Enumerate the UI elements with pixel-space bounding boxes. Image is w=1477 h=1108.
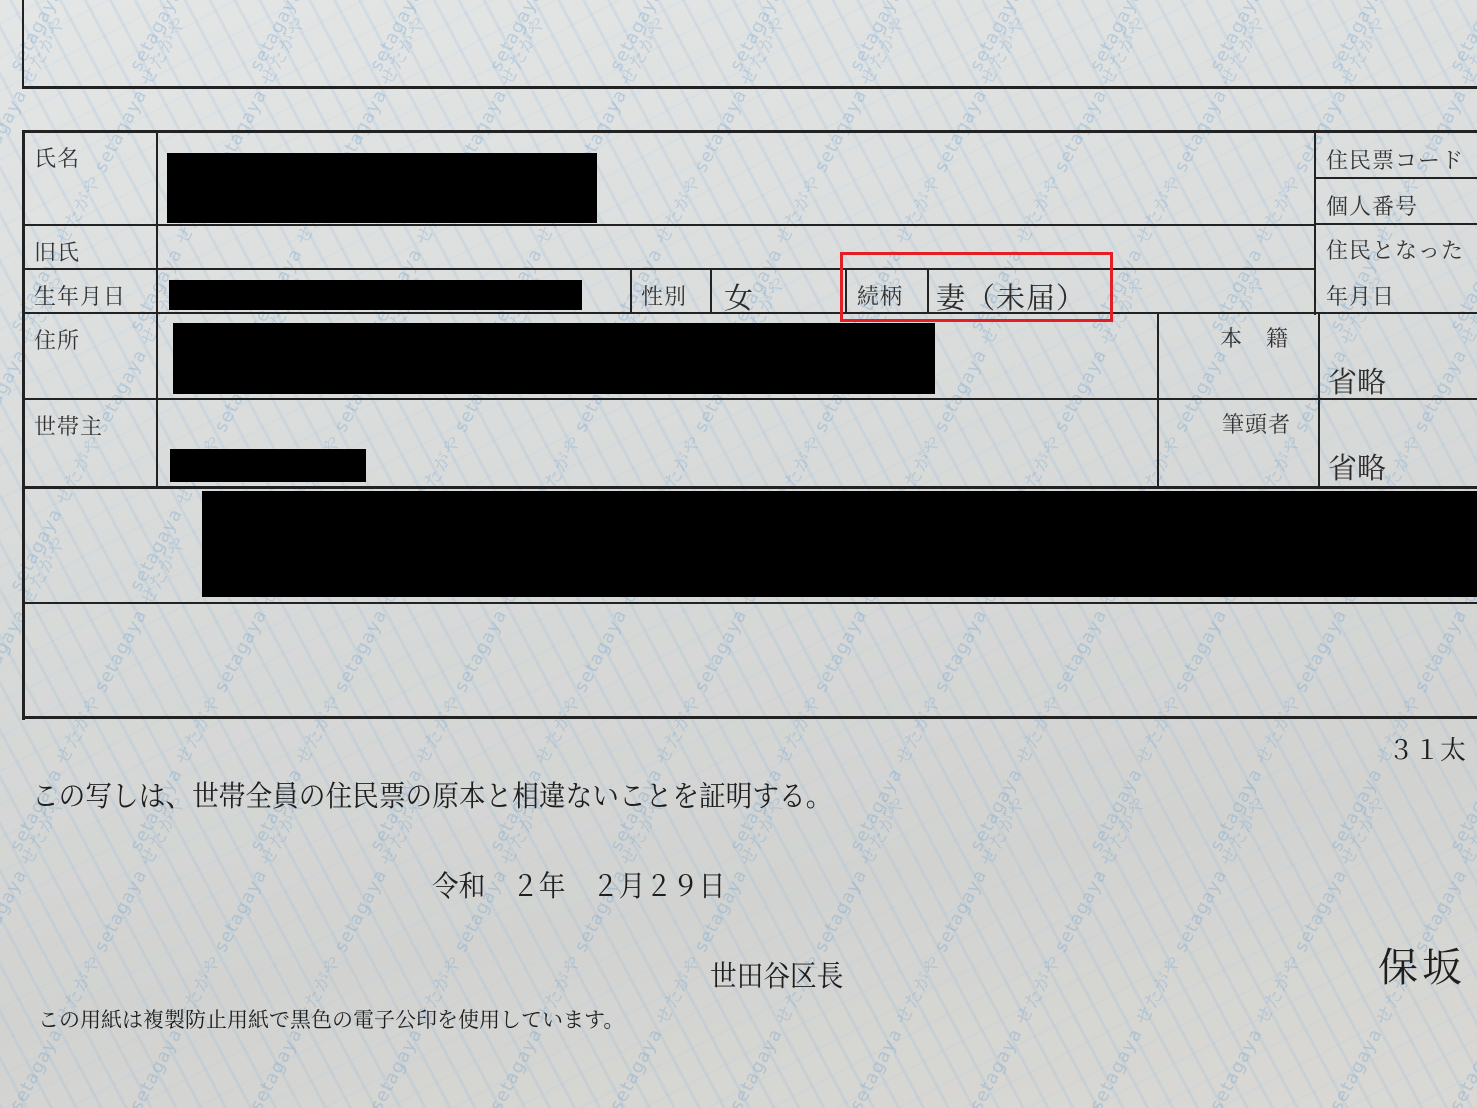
- honseki-value: 省略: [1328, 360, 1386, 401]
- address-label: 住所: [34, 324, 80, 355]
- watermark-text: setagaya せたがや setagaya せたがや: [722, 0, 911, 75]
- watermark-text: setagaya せたがや setagaya せたがや: [2, 0, 191, 75]
- honseki-label: 本 籍: [1220, 322, 1289, 353]
- table-bottom-border: [22, 716, 1477, 719]
- watermark-text: setagaya せたがや setagaya せたがや: [842, 0, 1031, 75]
- remarks-redaction: [202, 491, 1477, 597]
- name-label: 氏名: [34, 142, 80, 173]
- resident-code-label: 住民票コード: [1326, 144, 1464, 175]
- watermark-text: setagaya せたがや setagaya せたがや: [1082, 791, 1271, 1108]
- former-surname-label: 旧氏: [34, 236, 80, 267]
- honseki-column-divider: [1157, 312, 1159, 488]
- table-top-border: [22, 130, 1477, 133]
- anti-copy-notice: この用紙は複製防止用紙で黒色の電子公印を使用しています。: [38, 1004, 624, 1034]
- relationship-highlight-box: [840, 252, 1113, 322]
- issue-date: 令和 ２年 ２月２９日: [432, 864, 725, 905]
- issuer-title: 世田谷区長: [710, 954, 843, 995]
- watermark-text: setagaya せたがや setagaya せたがや: [122, 0, 311, 75]
- sex-label-divider-left: [630, 268, 632, 314]
- prev-record-bottom-border: [22, 86, 1477, 89]
- watermark-text: setagaya せたがや setagaya せたがや: [0, 791, 71, 1108]
- row-line-former: [22, 268, 1316, 270]
- sex-value: 女: [724, 276, 753, 317]
- label-column-divider: [156, 130, 158, 488]
- row-line-address: [22, 398, 1477, 400]
- became-resident-label-line1: 住民となった: [1326, 234, 1464, 265]
- address-redaction: [173, 323, 935, 394]
- hittousha-value: 省略: [1328, 446, 1386, 487]
- watermark-text: setagaya せたがや setagaya せたがや: [2, 791, 191, 1108]
- householder-label: 世帯主: [34, 410, 103, 441]
- watermark-text: setagaya せたがや setagaya せたがや: [962, 791, 1151, 1108]
- hittousha-label: 筆頭者: [1222, 408, 1291, 439]
- watermark-text: setagaya せたがや setagaya せたがや: [482, 0, 671, 75]
- name-redaction: [167, 153, 597, 223]
- watermark-text: setagaya せたがや setagaya せたがや: [1082, 0, 1271, 75]
- personal-number-label: 個人番号: [1326, 190, 1418, 221]
- watermark-text: setagaya せたがや setagaya せたがや: [1202, 791, 1391, 1108]
- sex-label: 性別: [641, 280, 687, 311]
- row-line-resident-code: [1314, 177, 1477, 179]
- householder-redaction: [170, 449, 366, 482]
- watermark-text: setagaya せたがや setagaya せたがや: [1442, 0, 1477, 75]
- row-line-householder: [22, 486, 1477, 489]
- row-line-remarks: [22, 602, 1477, 604]
- watermark-text: setagaya せたがや setagaya せたがや: [362, 791, 551, 1108]
- watermark-text: setagaya せたがや setagaya せたがや: [602, 791, 791, 1108]
- watermark-text: setagaya せたがや setagaya せたがや: [722, 791, 911, 1108]
- issuer-name: 保坂: [1378, 936, 1466, 993]
- row-line-personal-number: [1314, 223, 1477, 225]
- watermark-text: setagaya せたがや setagaya せたがや: [0, 0, 71, 75]
- row-line-name: [22, 224, 1316, 226]
- watermark-text: setagaya せたがや setagaya せたがや: [962, 0, 1151, 75]
- watermark-text: setagaya せたがや setagaya せたがや: [242, 791, 431, 1108]
- watermark-text: setagaya せたがや setagaya せたがや: [362, 0, 551, 75]
- table-left-border: [22, 130, 25, 720]
- watermark-text: setagaya せたがや setagaya せたがや: [602, 0, 791, 75]
- page-reference: ３１太: [1388, 730, 1466, 767]
- watermark-text: setagaya せたがや setagaya せたがや: [1202, 0, 1391, 75]
- watermark-text: setagaya せたがや setagaya せたがや: [122, 791, 311, 1108]
- watermark-text: setagaya せたがや setagaya せたがや: [482, 791, 671, 1108]
- birth-date-label: 生年月日: [34, 280, 126, 311]
- certification-statement: この写しは、世帯全員の住民票の原本と相違ないことを証明する。: [32, 774, 832, 815]
- watermark-text: setagaya せたがや setagaya せたがや: [242, 0, 431, 75]
- prev-record-left-border: [22, 0, 24, 88]
- watermark-text: setagaya せたがや setagaya せたがや: [842, 791, 1031, 1108]
- watermark-text: setagaya せたがや setagaya せたがや: [1322, 0, 1477, 75]
- birth-date-redaction: [169, 280, 582, 310]
- became-resident-label-line2: 年月日: [1326, 280, 1395, 311]
- sex-label-divider-right: [710, 268, 712, 314]
- right-column-divider-lower: [1318, 312, 1320, 488]
